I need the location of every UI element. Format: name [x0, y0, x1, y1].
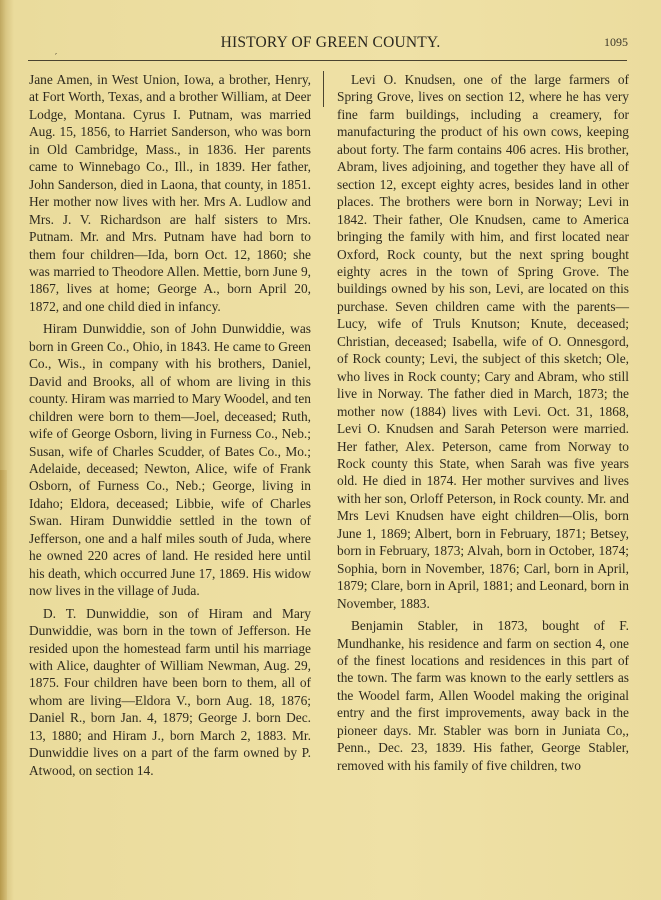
running-header: HISTORY OF GREEN COUNTY. 1095: [0, 32, 661, 52]
header-rule: [28, 60, 627, 61]
paragraph-dt-dunwiddie: D. T. Dunwiddie, son of Hiram and Mary D…: [29, 605, 311, 780]
page-number: 1095: [604, 35, 628, 50]
binding-gutter-shadow: [0, 470, 7, 900]
paragraph-levi-knudsen: Levi O. Knudsen, one of the large farmer…: [337, 71, 629, 612]
paragraph-hiram-dunwiddie: Hiram Dunwiddie, son of John Dunwiddie, …: [29, 320, 311, 599]
column-divider: [323, 71, 324, 107]
paragraph-benjamin-stabler: Benjamin Stabler, in 1873, bought of F. …: [337, 617, 629, 774]
left-column: Jane Amen, in West Union, Iowa, a brothe…: [29, 71, 311, 784]
running-title: HISTORY OF GREEN COUNTY.: [0, 34, 661, 52]
ink-mark: ′: [55, 53, 57, 63]
paragraph-putnam-continued: Jane Amen, in West Union, Iowa, a brothe…: [29, 71, 311, 315]
right-column: Levi O. Knudsen, one of the large farmer…: [337, 71, 629, 779]
